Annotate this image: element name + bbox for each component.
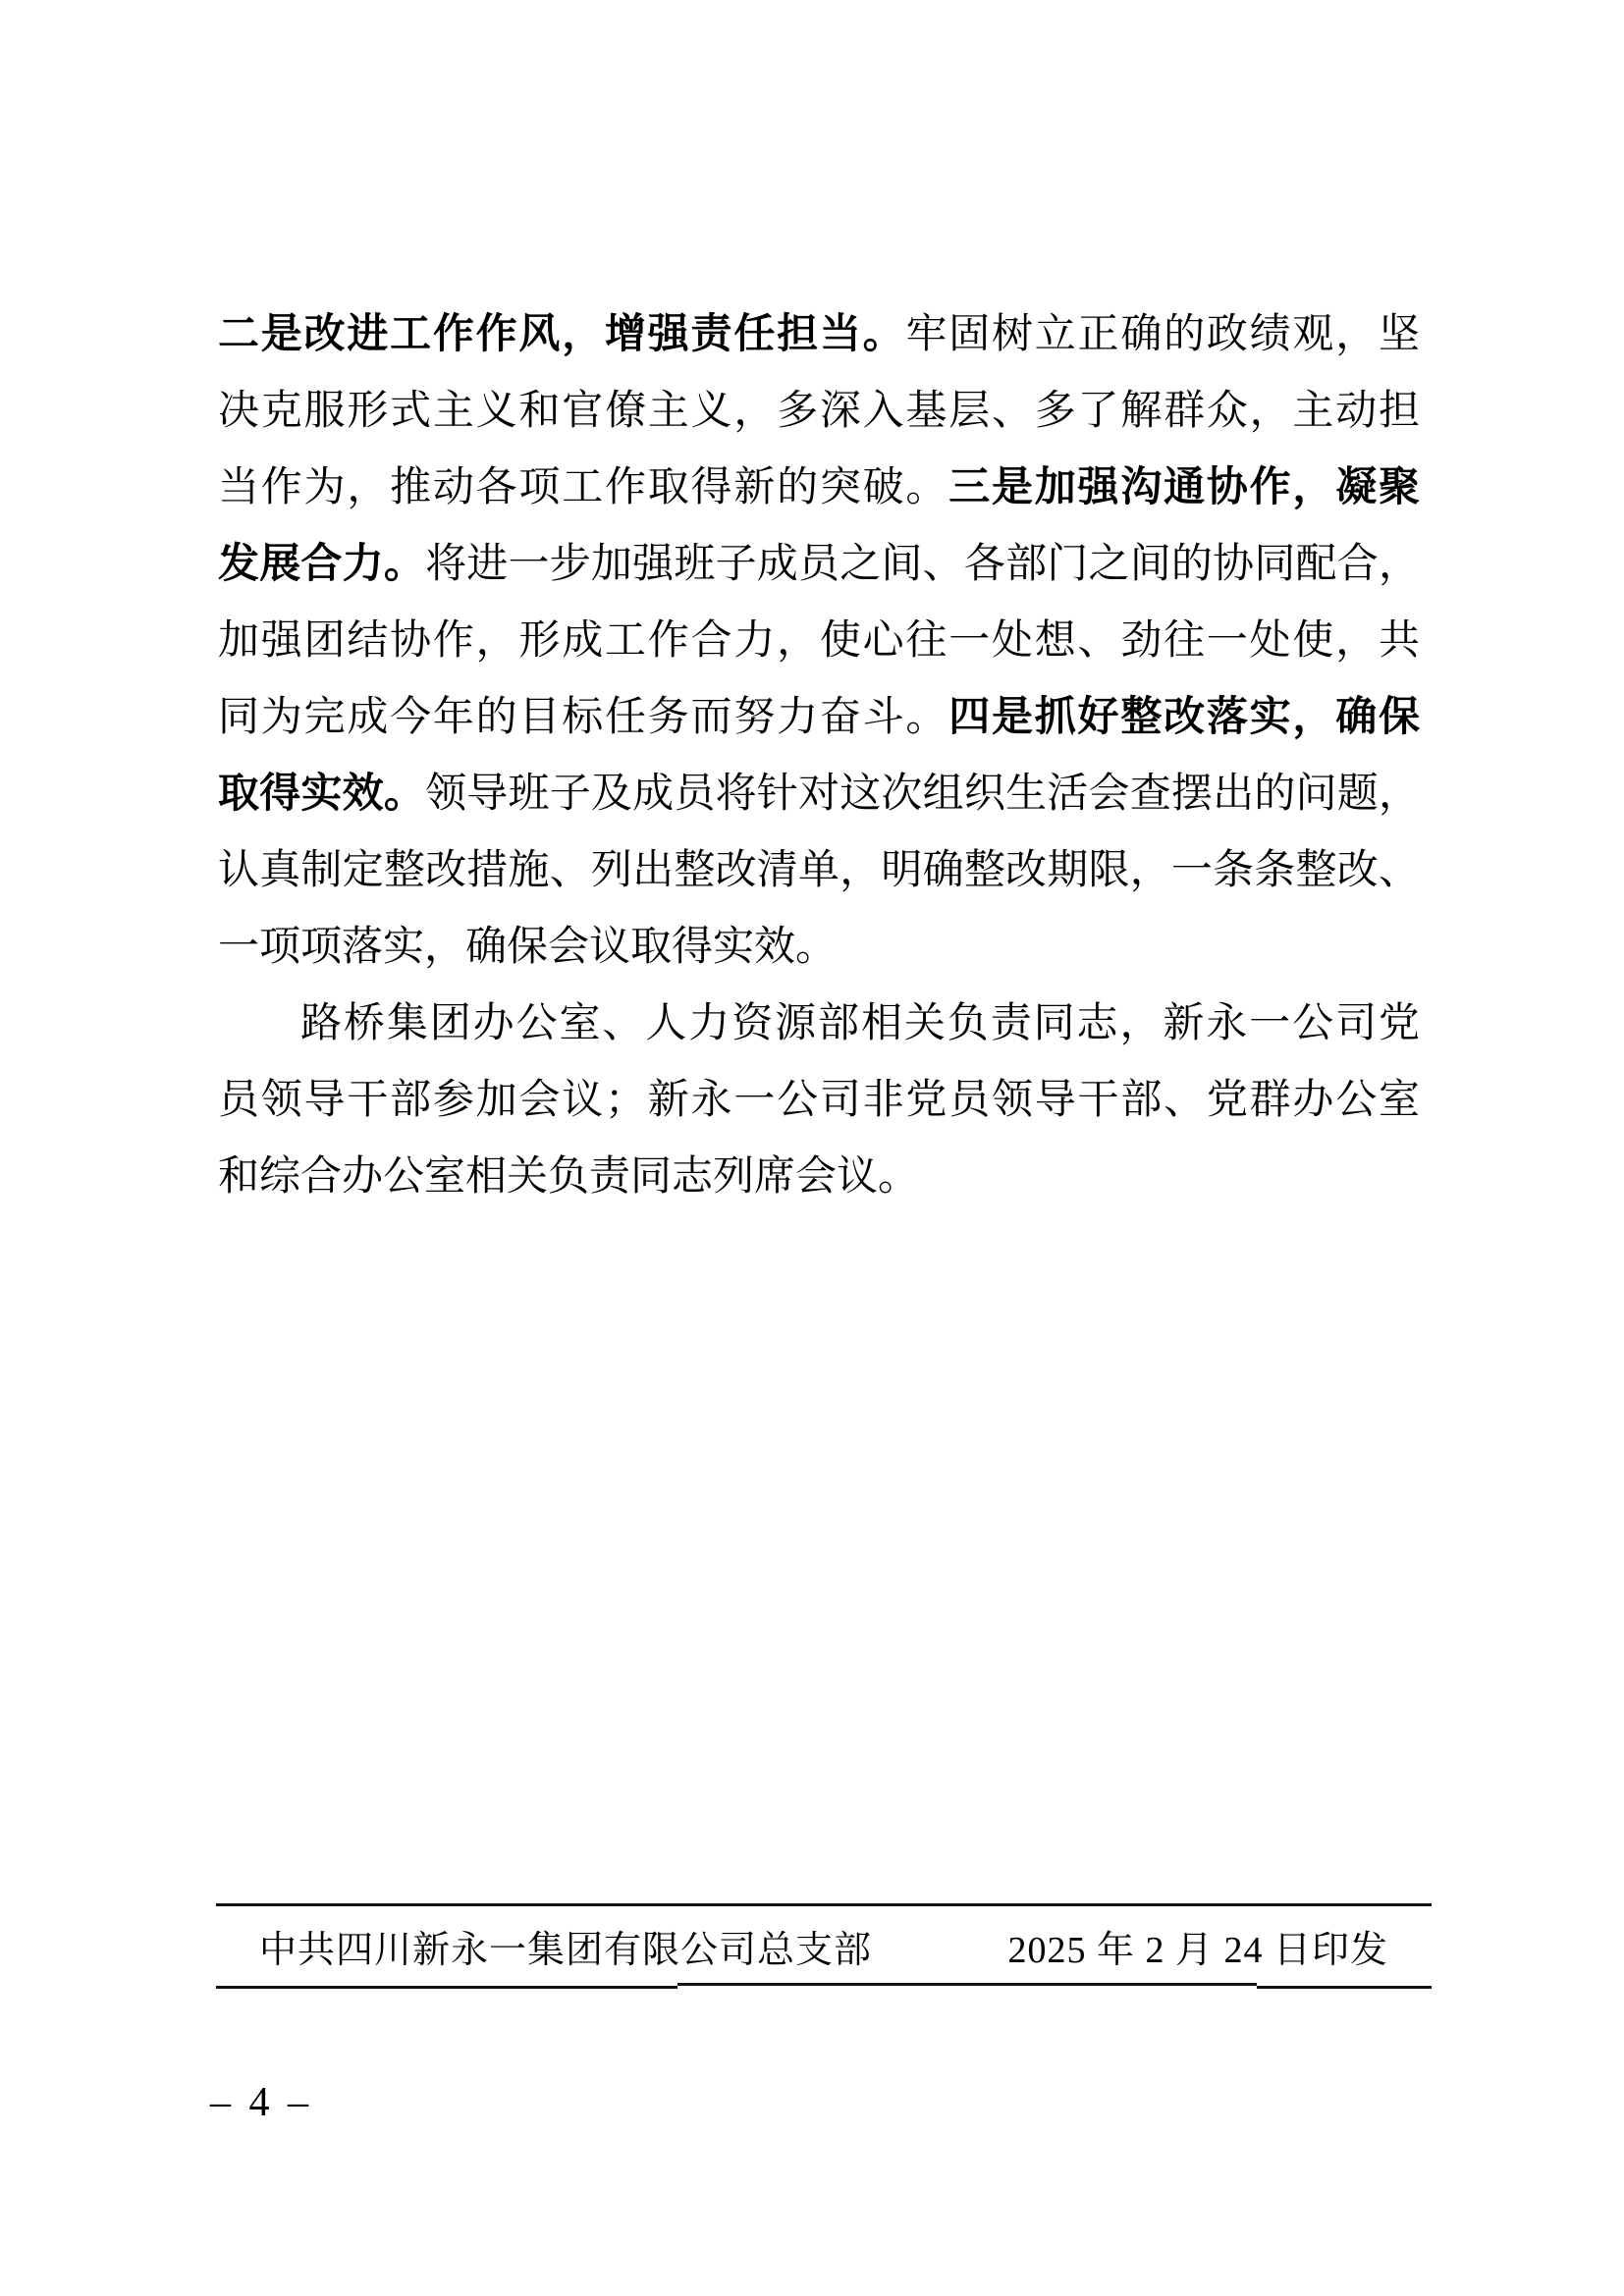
bold-heading-segment: 四是抓好整改落实，确保 [948,695,1420,740]
body-text-segment: 和综合办公室相关负责同志列席会议。 [218,1154,919,1200]
footer-row: 中共四川新永一集团有限公司总支部 2025 年 2 月 24 日印发 [216,1908,1432,1983]
page-number: – 4 – [210,2079,312,2126]
bold-heading-segment: 二是改进工作作风，增强责任担当。 [218,312,905,357]
body-line: 一项项落实，确保会议取得实效。 [218,909,1420,986]
body-line: 决克服形式主义和官僚主义，多深入基层、多了解群众，主动担 [218,373,1420,450]
body-line: 取得实效。领导班子及成员将针对这次组织生活会查摆出的问题， [218,756,1420,832]
body-line: 路桥集团办公室、人力资源部相关负责同志，新永一公司党 [218,986,1420,1062]
body-text-segment: 一项项落实，确保会议取得实效。 [218,925,837,970]
body-line: 员领导干部参加会议；新永一公司非党员领导干部、党群办公室 [218,1062,1420,1139]
footer-print-date: 2025 年 2 月 24 日印发 [1007,1919,1388,1973]
body-text-segment: 当作为，推动各项工作取得新的突破。 [218,465,948,510]
footer-issuer: 中共四川新永一集团有限公司总支部 [259,1919,872,1973]
body-text-block: 二是改进工作作风，增强责任担当。牢固树立正确的政绩观，坚 决克服形式主义和官僚主… [218,296,1420,1215]
body-text-segment: 路桥集团办公室、人力资源部相关负责同志，新永一公司党 [300,1001,1420,1046]
body-text-segment: 认真制定整改措施、列出整改清单，明确整改期限，一条条整改、 [218,848,1420,893]
body-line: 同为完成今年的目标任务而努力奋斗。四是抓好整改落实，确保 [218,679,1420,756]
body-text-segment: 同为完成今年的目标任务而努力奋斗。 [218,695,948,740]
body-line: 发展合力。将进一步加强班子成员之间、各部门之间的协同配合， [218,526,1420,603]
footer-divider-bottom [677,1983,1257,1986]
footer-divider-top [216,1903,1432,1906]
body-line: 和综合办公室相关负责同志列席会议。 [218,1139,1420,1215]
document-page: 二是改进工作作风，增强责任担当。牢固树立正确的政绩观，坚 决克服形式主义和官僚主… [0,0,1624,2296]
footer-divider-bottom [216,1986,677,1989]
body-text-segment: 加强团结协作，形成工作合力，使心往一处想、劲往一处使，共 [218,618,1420,664]
bold-heading-segment: 三是加强沟通协作，凝聚 [948,465,1420,510]
body-line: 加强团结协作，形成工作合力，使心往一处想、劲往一处使，共 [218,603,1420,679]
body-text-segment: 将进一步加强班子成员之间、各部门之间的协同配合， [425,542,1420,587]
bold-heading-segment: 取得实效。 [218,772,425,817]
body-text-segment: 员领导干部参加会议；新永一公司非党员领导干部、党群办公室 [218,1078,1420,1123]
body-line: 认真制定整改措施、列出整改清单，明确整改期限，一条条整改、 [218,832,1420,909]
body-text-segment: 决克服形式主义和官僚主义，多深入基层、多了解群众，主动担 [218,389,1420,434]
bold-heading-segment: 发展合力。 [218,542,425,587]
footer-divider-bottom [1257,1986,1432,1989]
body-text-segment: 领导班子及成员将针对这次组织生活会查摆出的问题， [425,772,1420,817]
body-line: 当作为，推动各项工作取得新的突破。三是加强沟通协作，凝聚 [218,450,1420,526]
body-text-segment: 牢固树立正确的政绩观，坚 [905,312,1420,357]
body-line: 二是改进工作作风，增强责任担当。牢固树立正确的政绩观，坚 [218,296,1420,373]
